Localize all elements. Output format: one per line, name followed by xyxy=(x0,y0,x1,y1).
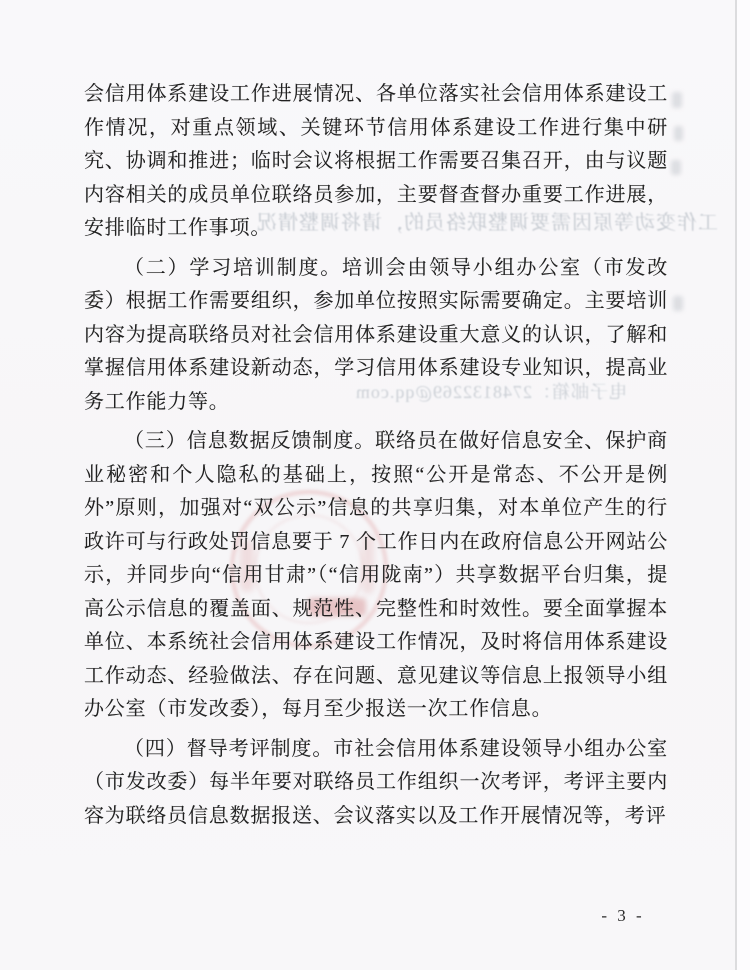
paragraph-item-3: （三）信息数据反馈制度。联络员在做好信息安全、保护商业秘密和个人隐私的基础上，按… xyxy=(84,425,668,727)
document-body: 会信用体系建设工作进展情况、各单位落实社会信用体系建设工作情况，对重点领域、关键… xyxy=(84,78,668,833)
scan-edge-strip xyxy=(737,0,750,970)
paragraph-item-4: （四）督导考评制度。市社会信用体系建设领导小组办公室（市发改委）每半年要对联络员… xyxy=(84,733,668,834)
bleedthrough-smudge-artifact xyxy=(674,126,683,141)
page-edge-line xyxy=(735,0,737,970)
paragraph-continuation: 会信用体系建设工作进展情况、各单位落实社会信用体系建设工作情况，对重点领域、关键… xyxy=(84,78,668,246)
bleedthrough-smudge-artifact xyxy=(673,296,683,311)
bleedthrough-smudge-artifact xyxy=(671,160,681,175)
bleedthrough-smudge-artifact xyxy=(672,92,682,108)
scanned-page: 工作变动等原因需要调整联络员的，请将调整情况 电子邮箱：2748132269@q… xyxy=(0,0,750,970)
paragraph-item-2: （二）学习培训制度。培训会由领导小组办公室（市发改委）根据工作需要组织，参加单位… xyxy=(84,252,668,420)
page-number: - 3 - xyxy=(588,906,658,926)
